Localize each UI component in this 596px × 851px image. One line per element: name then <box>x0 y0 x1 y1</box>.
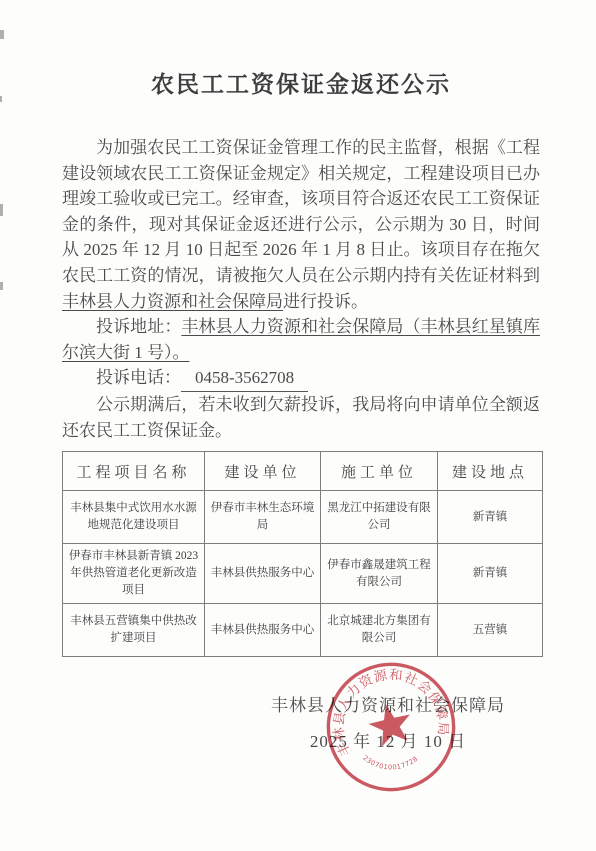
signature-block: 丰林县人力资源和社会保障局 2025 年 12 月 10 日 <box>262 691 514 752</box>
cell-location: 新青镇 <box>438 491 543 544</box>
paragraph-complaint-address: 投诉地址：丰林县人力资源和社会保障局（丰林县红星镇库尔滨大街 1 号）。 <box>62 314 540 365</box>
table-row: 丰林县五营镇集中供热改扩建项目 丰林县供热服务中心 北京城建北方集团有限公司 五… <box>63 604 543 657</box>
paragraph-closing: 公示期满后，若未收到欠薪投诉，我局将向申请单位全额返还农民工工资保证金。 <box>62 392 540 443</box>
header-contractor: 施工单位 <box>321 452 438 491</box>
document-content: 农民工工资保证金返还公示 为加强农民工工资保证金管理工作的民主监督，根据《工程建… <box>62 66 540 752</box>
cell-builder: 伊春市丰林生态环境局 <box>205 491 321 544</box>
signature-org: 丰林县人力资源和社会保障局 <box>262 691 514 716</box>
paragraph-intro-tail: 进行投诉。 <box>283 292 368 311</box>
cell-project-name: 丰林县集中式饮用水水源地规范化建设项目 <box>63 491 205 544</box>
cell-builder: 丰林县供热服务中心 <box>205 604 321 657</box>
bureau-name-underlined: 丰林县人力资源和社会保障局 <box>62 292 283 311</box>
page-title: 农民工工资保证金返还公示 <box>62 66 540 99</box>
header-project-name: 工程项目名称 <box>63 452 205 491</box>
table-row: 伊春市丰林县新青镇 2023 年供热管道老化更新改造项目 丰林县供热服务中心 伊… <box>63 544 543 604</box>
scan-artifact <box>0 282 3 290</box>
cell-contractor: 北京城建北方集团有限公司 <box>321 604 438 657</box>
cell-contractor: 黑龙江中拓建设有限公司 <box>321 491 438 544</box>
project-table: 工程项目名称 建设单位 施工单位 建设地点 丰林县集中式饮用水水源地规范化建设项… <box>62 451 543 657</box>
complaint-address-label: 投诉地址： <box>96 317 181 336</box>
cell-location: 五营镇 <box>438 604 543 657</box>
header-location: 建设地点 <box>438 452 543 491</box>
cell-project-name: 伊春市丰林县新青镇 2023 年供热管道老化更新改造项目 <box>63 544 205 604</box>
cell-project-name: 丰林县五营镇集中供热改扩建项目 <box>63 604 205 657</box>
cell-builder: 丰林县供热服务中心 <box>205 544 321 604</box>
complaint-phone-label: 投诉电话： <box>96 368 181 387</box>
scan-artifact <box>0 204 3 216</box>
cell-contractor: 伊春市鑫晟建筑工程有限公司 <box>321 544 438 604</box>
paragraph-complaint-phone: 投诉电话：0458-3562708 <box>62 365 540 392</box>
paragraph-intro-text: 为加强农民工工资保证金管理工作的民主监督，根据《工程建设领域农民工工资保证金规定… <box>62 138 540 285</box>
table-header-row: 工程项目名称 建设单位 施工单位 建设地点 <box>63 452 543 491</box>
document-page: 农民工工资保证金返还公示 为加强农民工工资保证金管理工作的民主监督，根据《工程建… <box>0 0 596 851</box>
scan-artifact <box>0 96 2 102</box>
complaint-phone-value: 0458-3562708 <box>181 365 308 392</box>
paragraph-intro: 为加强农民工工资保证金管理工作的民主监督，根据《工程建设领域农民工工资保证金规定… <box>62 135 540 314</box>
scan-artifact <box>0 30 4 39</box>
signature-date: 2025 年 12 月 10 日 <box>262 727 514 752</box>
cell-location: 新青镇 <box>438 544 543 604</box>
header-builder: 建设单位 <box>205 452 321 491</box>
table-row: 丰林县集中式饮用水水源地规范化建设项目 伊春市丰林生态环境局 黑龙江中拓建设有限… <box>63 491 543 544</box>
